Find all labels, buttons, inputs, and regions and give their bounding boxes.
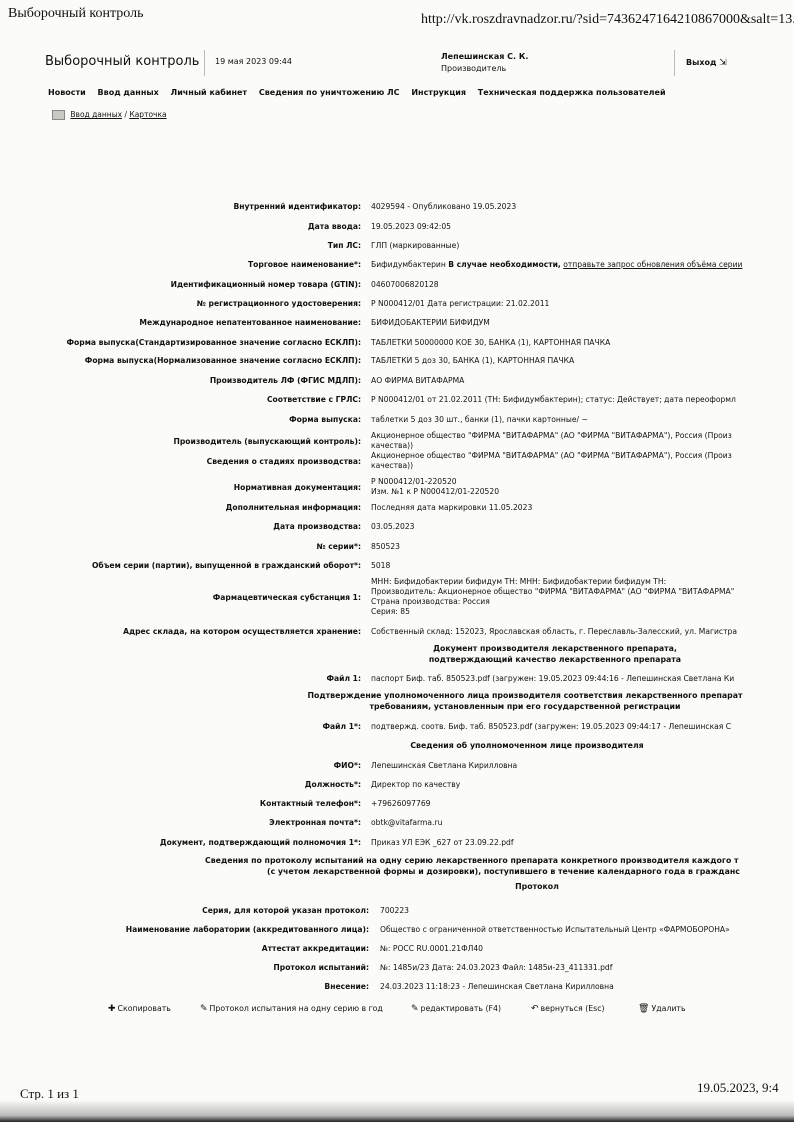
breadcrumb-data-entry[interactable]: Ввод данных	[70, 110, 122, 119]
app-brand[interactable]: Выборочный контроль	[45, 54, 199, 69]
print-page-title: Выборочный контроль	[8, 6, 144, 22]
authorized-person-heading: Сведения об уполномоченном лице производ…	[130, 740, 794, 751]
back-arrow-icon: ↶	[531, 1004, 539, 1014]
header-datetime: 19 мая 2023 09:44	[215, 57, 292, 66]
nav-instructions[interactable]: Инструкция	[411, 88, 466, 97]
folder-icon	[52, 110, 65, 120]
breadcrumb: Ввод данных / Карточка	[52, 110, 167, 120]
pencil-icon: ✎	[411, 1004, 419, 1014]
request-volume-update-link[interactable]: отправьте запрос обновления объёма серии	[563, 260, 742, 269]
print-timestamp: 19.05.2023, 9:4	[697, 1080, 779, 1096]
nav-data-entry[interactable]: Ввод данных	[98, 88, 159, 97]
nav-cabinet[interactable]: Личный кабинет	[171, 88, 248, 97]
annual-protocol-button[interactable]: ✎Протокол испытания на одну серию в год	[200, 1004, 383, 1014]
protocol-heading-lines: Сведения по протоколу испытаний на одну …	[205, 855, 740, 877]
quality-doc-file-link[interactable]: паспорт Биф. таб. 850523.pdf (загружен: …	[371, 674, 794, 684]
main-nav: Новости Ввод данных Личный кабинет Сведе…	[48, 88, 675, 97]
scan-edge-shadow	[0, 1100, 794, 1122]
print-page-url: http://vk.roszdravnadzor.ru/?sid=7436247…	[421, 12, 794, 28]
confirmation-file-link[interactable]: подтвержд. соотв. Биф. таб. 850523.pdf (…	[371, 722, 794, 732]
header-divider	[674, 50, 675, 76]
test-protocol-file-link[interactable]: №: 1485и/23 Дата: 24.03.2023 Файл: 1485и…	[380, 963, 794, 973]
user-role: Производитель	[441, 64, 528, 73]
confirmation-heading: Подтверждение уполномоченного лица произ…	[128, 690, 794, 712]
print-header: Выборочный контроль http://vk.roszdravna…	[8, 4, 794, 24]
nav-news[interactable]: Новости	[48, 88, 86, 97]
logout-button[interactable]: Выход ⇲	[686, 58, 727, 68]
breadcrumb-card[interactable]: Карточка	[129, 110, 166, 119]
authority-doc-link[interactable]: Приказ УЛ ЕЭК _627 от 23.09.22.pdf	[371, 838, 794, 848]
logout-label: Выход	[686, 58, 716, 67]
logout-icon: ⇲	[719, 58, 727, 68]
nav-destruction[interactable]: Сведения по уничтожению ЛС	[259, 88, 400, 97]
user-name: Лепешинская С. К.	[441, 52, 528, 61]
breadcrumb-separator: /	[124, 110, 127, 119]
delete-button[interactable]: 🗑Удалить	[638, 1004, 686, 1014]
edit-button[interactable]: ✎редактировать (F4)	[411, 1004, 501, 1014]
back-button[interactable]: ↶вернуться (Esc)	[531, 1004, 605, 1014]
app-header: Выборочный контроль 19 мая 2023 09:44 Ле…	[45, 48, 794, 78]
protocol-subheading: Протокол	[140, 881, 794, 892]
nav-support[interactable]: Техническая поддержка пользователей	[478, 88, 666, 97]
trash-icon: 🗑	[638, 1004, 649, 1014]
header-divider	[204, 50, 205, 76]
copy-button[interactable]: ✚Скопировать	[108, 1004, 171, 1014]
pencil-icon: ✎	[200, 1004, 208, 1014]
copy-icon: ✚	[108, 1004, 116, 1014]
quality-doc-heading: Документ производителя лекарственного пр…	[158, 643, 794, 665]
user-info: Лепешинская С. К. Производитель	[441, 52, 528, 73]
